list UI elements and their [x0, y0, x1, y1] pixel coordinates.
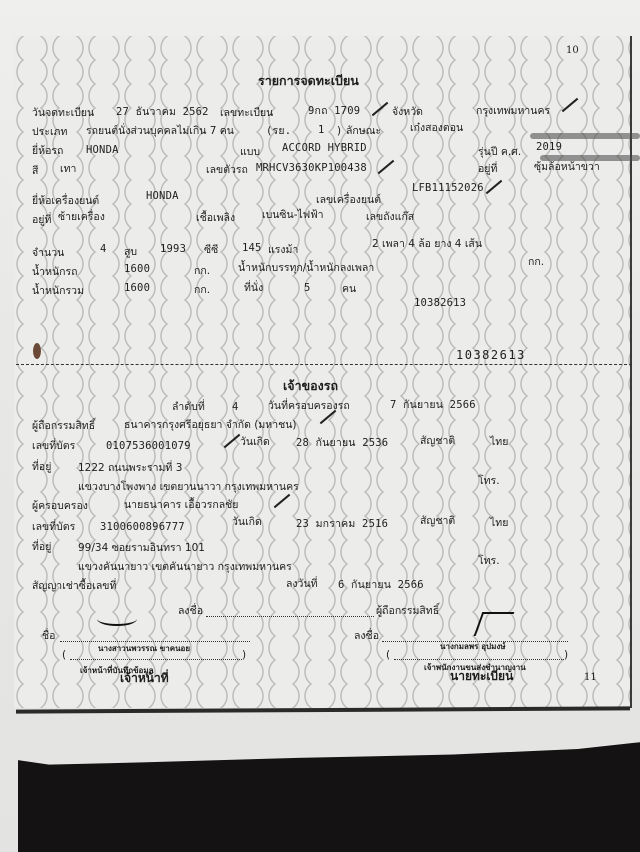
possessor-nationality: ไทย: [490, 517, 508, 529]
class-label: (รย.: [266, 125, 291, 137]
color-label: สี: [32, 165, 38, 177]
holder-address-label: ที่อยู่: [32, 461, 51, 473]
fuel: เบนซิน-ไฟฟ้า: [262, 209, 324, 221]
owner-title: เจ้าของรถ: [283, 380, 338, 392]
weight-unit: กก.: [194, 265, 210, 277]
cylinders-unit: สูบ: [124, 246, 137, 258]
page-number-top: 10: [566, 45, 579, 57]
holder-address-line1: 1222 ถนนพระรามที่ 3: [78, 462, 182, 474]
registrar-role: นายทะเบียน: [450, 670, 513, 682]
officer-role: เจ้าหน้าที่: [120, 672, 169, 684]
possessor-address-label: ที่อยู่: [32, 541, 51, 553]
engine-no-label: เลขเครื่องยนต์: [316, 194, 381, 206]
section-divider: [16, 364, 632, 365]
possession-date-label: วันที่ครอบครองรถ: [268, 400, 350, 412]
possessor-id: 3100600896777: [100, 521, 185, 533]
possessor-dob-label: วันเกิด: [232, 516, 262, 528]
cylinders: 4: [100, 243, 107, 255]
registrar-paren-open: (: [386, 649, 390, 661]
payload-label: น้ำหนักบรรทุก/น้ำหนักลงเพลา: [238, 262, 374, 274]
brand: HONDA: [86, 144, 119, 156]
vehicle-type: รถยนต์นั่งส่วนบุคคลไม่เกิน 7 คน: [86, 125, 234, 137]
possessor-address-line1: 99/34 ซอยรามอินทรา 101: [78, 542, 205, 554]
class: 1: [318, 124, 325, 136]
seats-unit: คน: [342, 283, 356, 295]
possessor-nat-label: สัญชาติ: [420, 515, 455, 527]
registrar-paren-line: [394, 659, 564, 660]
officer-name: นางสาวนพวรรณ ขาคนอย: [98, 643, 190, 655]
payload-unit: กก.: [528, 256, 544, 268]
officer-name-label: ชื่อ: [42, 630, 55, 642]
holder-id-label: เลขที่บัตร: [32, 440, 75, 452]
engine-cc: 1993: [160, 243, 186, 255]
serial-number: 10382613: [414, 297, 466, 309]
scan-smudge: [530, 133, 640, 139]
holder-address-line2: แขวงบางโพงพาง เขตยานนาวา กรุงเทพมหานคร: [78, 481, 299, 493]
gross-weight: 1600: [124, 282, 150, 294]
registration-title: รายการจดทะเบียน: [258, 75, 359, 87]
fuel-label: เชื้อเพลิง: [196, 212, 235, 224]
possession-date: 7 กันยายน 2566: [390, 399, 476, 411]
hp-unit: แรงม้า: [268, 244, 298, 256]
registrar-paren-close: ): [564, 649, 568, 661]
class-close: ): [336, 125, 343, 137]
model: ACCORD HYBRID: [282, 142, 367, 154]
registrar-sign-label: ลงชื่อ: [354, 630, 379, 642]
signature-line: [206, 616, 374, 617]
registrar-name: นางกมลพร อุปมงษ์: [440, 641, 506, 653]
color: เทา: [60, 163, 76, 175]
contract-date-label: ลงวันที่: [286, 578, 318, 590]
model-year: 2019: [536, 141, 562, 153]
officer-paren-close: ): [242, 649, 246, 661]
engine-location-label: อยู่ที่: [32, 214, 51, 226]
holder-nationality: ไทย: [490, 436, 508, 448]
seats: 5: [304, 282, 311, 294]
weight: 1600: [124, 263, 150, 275]
body-style: เก๋งสองตอน: [410, 122, 463, 134]
holder-dob-label: วันเกิด: [240, 436, 270, 448]
contract-date: 6 กันยายน 2566: [338, 579, 424, 591]
punch-hole: [33, 343, 41, 359]
plate-label: เลขทะเบียน: [220, 107, 273, 119]
gross-weight-label: น้ำหนักรวม: [32, 285, 84, 297]
province-label: จังหวัด: [392, 106, 423, 118]
seats-label: ที่นั่ง: [244, 282, 263, 294]
page-number-bottom: 11: [584, 672, 597, 684]
possessor-label: ผู้ครอบครอง: [32, 500, 88, 512]
officer-paren-open: (: [62, 649, 66, 661]
officer-name-line: [60, 641, 250, 642]
year-label: รุ่นปี ค.ศ.: [478, 146, 521, 158]
holder-sign-role: ผู้ถือกรรมสิทธิ์: [376, 605, 439, 617]
scanned-page: 10 รายการจดทะเบียน วันจดทะเบียน 27 ธันวา…: [0, 0, 640, 852]
possessor-dob: 23 มกราคม 2516: [296, 518, 388, 530]
type-label: ประเภท: [32, 126, 67, 138]
serial-stamp: 10382613: [456, 349, 526, 361]
officer-signature: [97, 612, 137, 626]
order-label: ลำดับที่: [172, 401, 205, 413]
brand-label: ยี่ห้อรถ: [32, 145, 63, 157]
horsepower: 145: [242, 242, 262, 254]
model-label: แบบ: [240, 146, 260, 158]
holder-id: 0107536001079: [106, 440, 191, 452]
holder-label: ผู้ถือกรรมสิทธิ์: [32, 420, 95, 432]
vin-label: เลขตัวรถ: [206, 164, 248, 176]
holder-dob: 28 กันยายน 2536: [296, 437, 388, 449]
officer-paren-line: [70, 659, 242, 660]
holder-sign-label: ลงชื่อ: [178, 605, 203, 617]
body-label: ลักษณะ: [346, 125, 381, 137]
possessor-tel-label: โทร.: [478, 555, 500, 567]
cylinders-label: จำนวน: [32, 247, 64, 259]
axles-wheels: 2 เพลา 4 ล้อ ยาง 4 เส้น: [372, 238, 482, 250]
possessor-address-line2: แขวงคันนายาว เขตคันนายาว กรุงเทพมหานคร: [78, 561, 292, 573]
engine-brand-label: ยี่ห้อเครื่องยนต์: [32, 195, 99, 207]
province: กรุงเทพมหานคร: [476, 105, 550, 117]
scan-dark-background: [18, 740, 640, 852]
holder-tel-label: โทร.: [478, 475, 500, 487]
reg-date: 27 ธันวาคม 2562: [116, 106, 209, 118]
engine-number: LFB11152026: [412, 182, 484, 194]
contract-label: สัญญาเช่าซื้อเลขที่: [32, 580, 116, 592]
vin-location-label: อยู่ที่: [478, 163, 497, 175]
possessor-id-label: เลขที่บัตร: [32, 521, 75, 533]
weight-label: น้ำหนักรถ: [32, 266, 78, 278]
gas-tank-label: เลขถังแก๊ส: [366, 211, 414, 223]
cc-unit: ซีซี: [204, 244, 218, 256]
gross-weight-unit: กก.: [194, 284, 210, 296]
engine-location: ซ้ายเครื่อง: [58, 211, 105, 223]
holder-nat-label: สัญชาติ: [420, 435, 455, 447]
engine-brand: HONDA: [146, 190, 179, 202]
vin-location: ซุ้มล้อหน้าขวา: [534, 161, 600, 173]
possessor-name: นายธนาคาร เอื้อวรกลชัย: [124, 499, 238, 511]
plate-number: 9กถ 1709: [308, 105, 360, 117]
holder-name: ธนาคารกรุงศรีอยุธยา จำกัด (มหาชน): [124, 419, 297, 431]
reg-date-label: วันจดทะเบียน: [32, 107, 94, 119]
vin: MRHCV3630KP100438: [256, 162, 367, 174]
order-number: 4: [232, 401, 239, 413]
